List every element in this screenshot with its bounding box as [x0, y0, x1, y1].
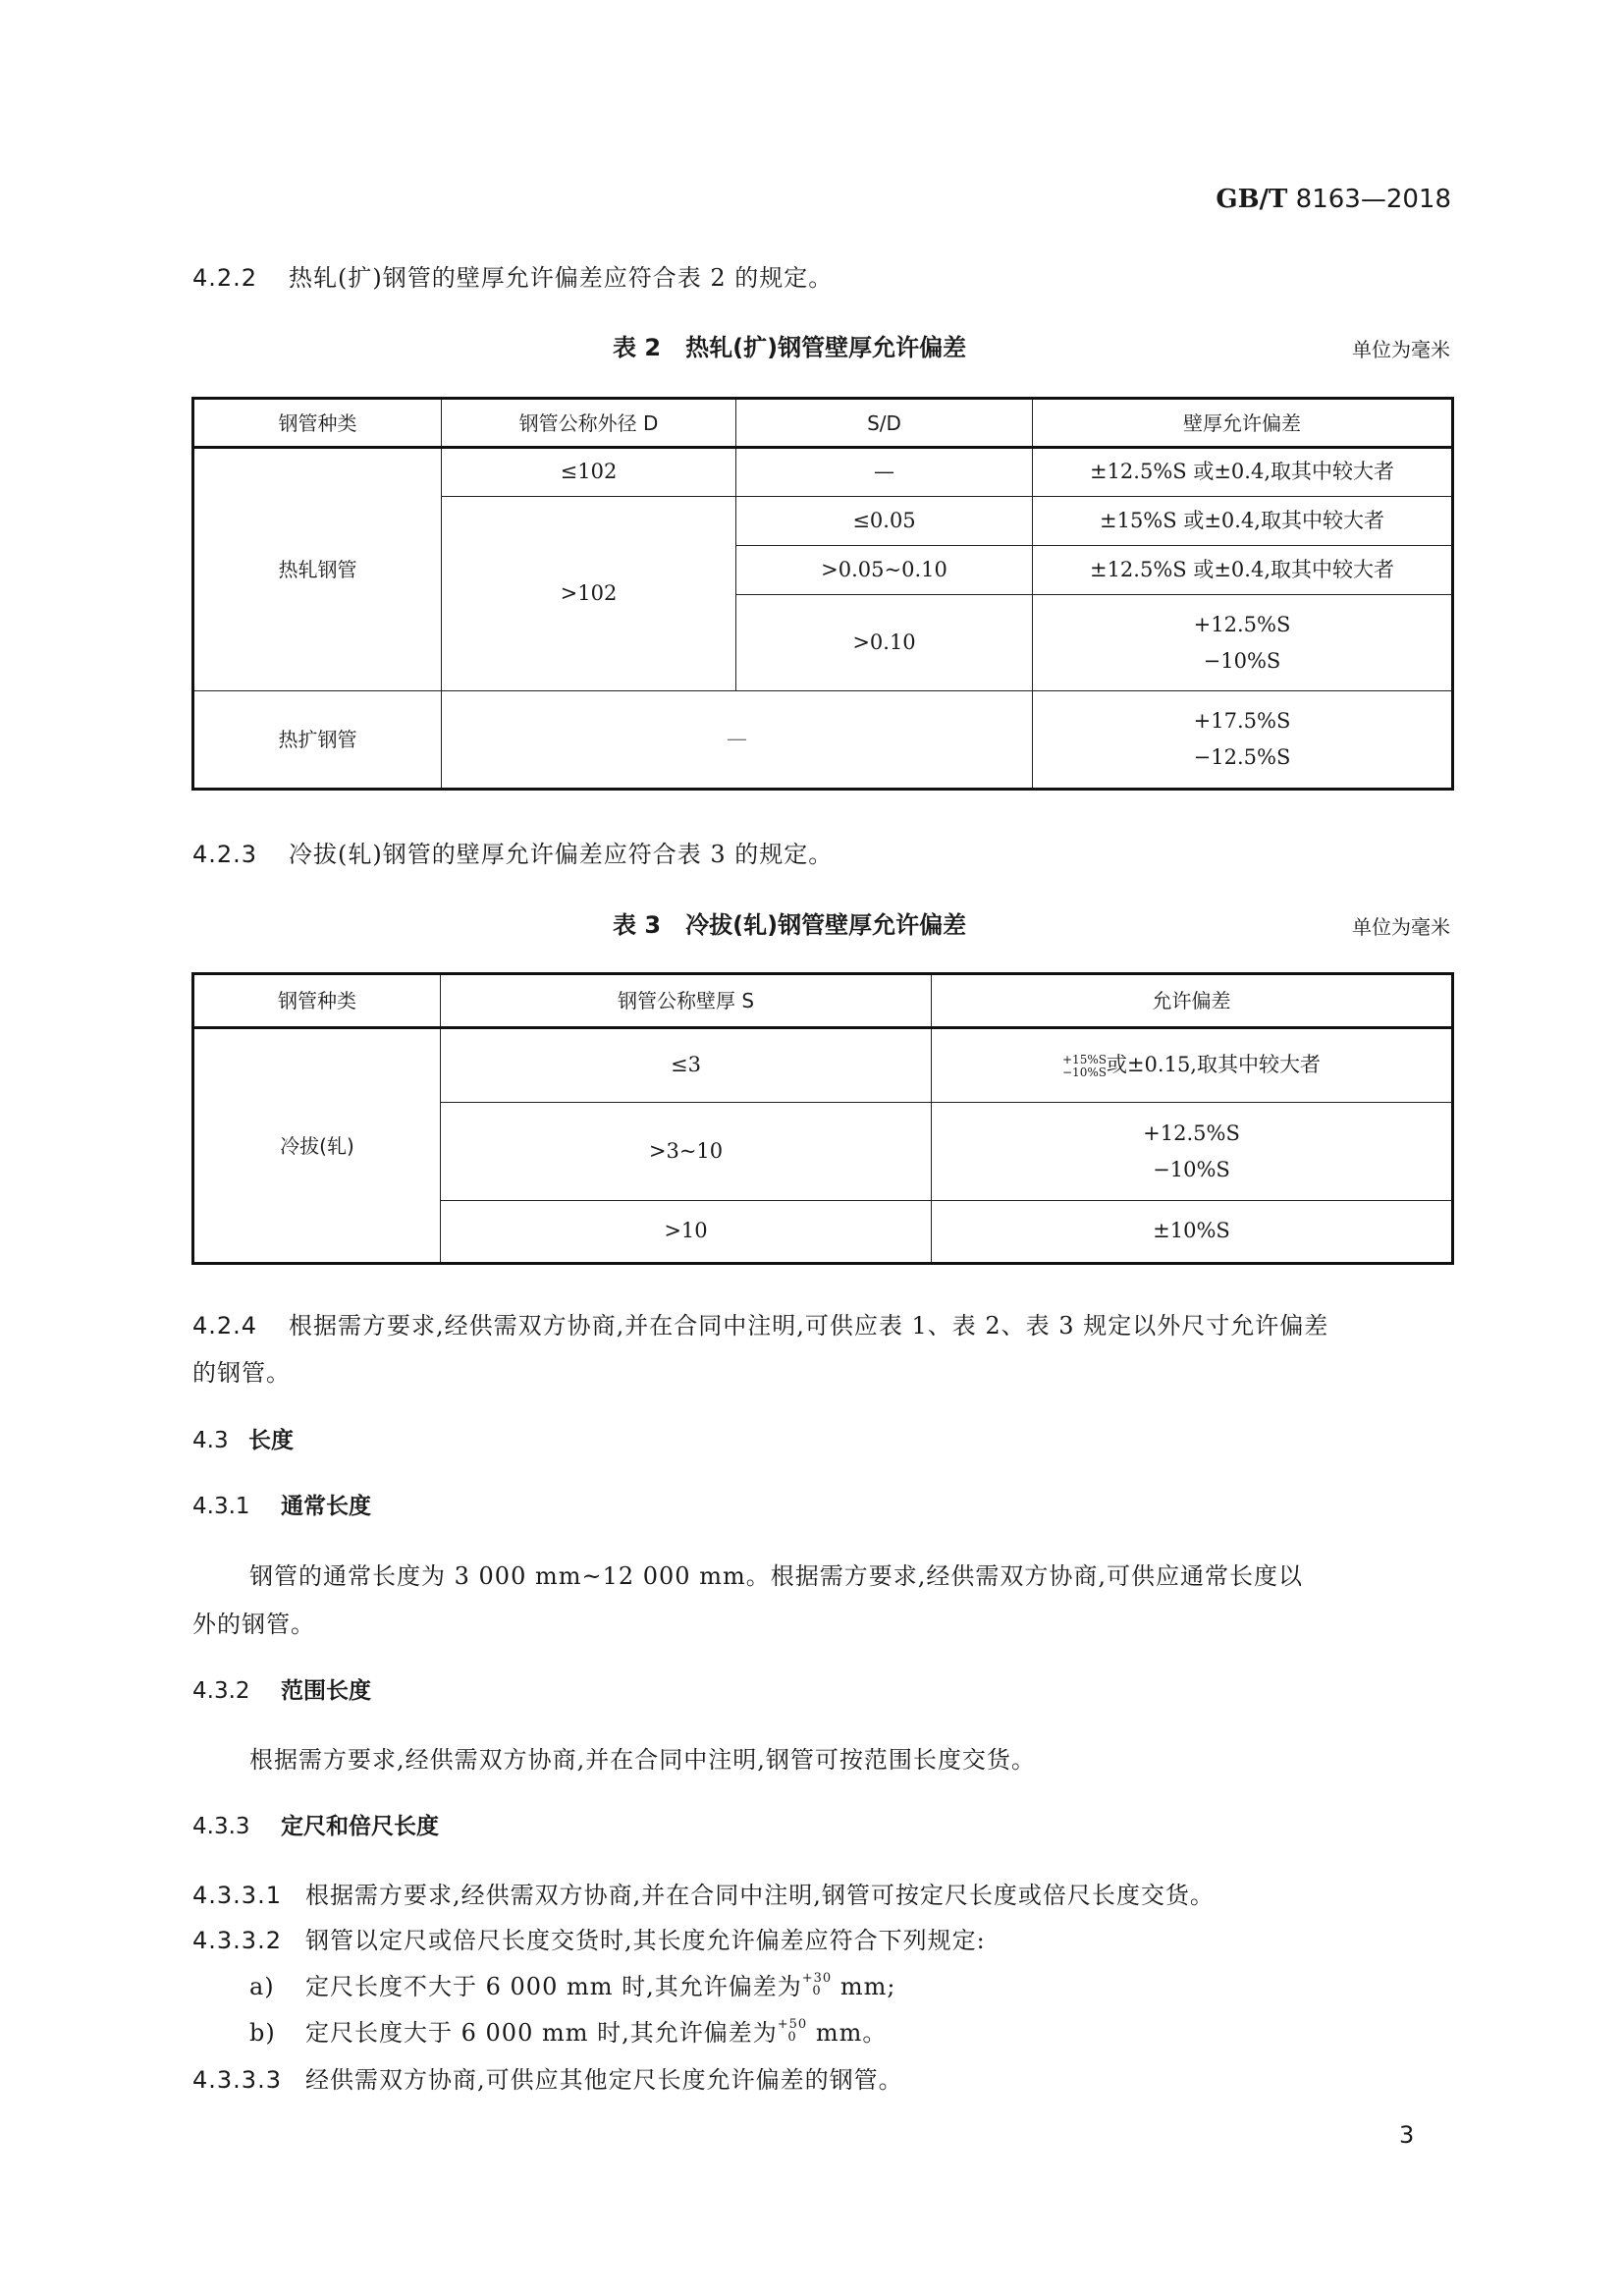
list-suffix: mm。	[816, 2019, 888, 2047]
tolerance-cell: ±15%S 或±0.4,取其中较大者	[1033, 497, 1453, 546]
clause-4-3-2-heading: 4.3.2范围长度	[192, 1672, 371, 1705]
tolerance-limits: +500	[778, 2018, 807, 2044]
standard-number: 8163—2018	[1296, 185, 1451, 214]
tolerance-rest: 或±0.15,取其中较大者	[1107, 1053, 1321, 1076]
od-cell: ≤102	[442, 448, 736, 497]
list-label: a)	[249, 1973, 305, 2000]
clause-number: 4.3.1	[192, 1494, 281, 1519]
clause-4-3-3-3: 4.3.3.3经供需双方协商,可供应其他定尺长度允许偏差的钢管。	[192, 2060, 903, 2095]
table3-title: 冷拔(轧)钢管壁厚允许偏差	[685, 911, 966, 939]
tolerance-cell: +15%S −10%S 或±0.15,取其中较大者	[932, 1028, 1453, 1103]
clause-4-2-2: 4.2.2热轧(扩)钢管的壁厚允许偏差应符合表 2 的规定。	[192, 258, 833, 293]
clause-text: 根据需方要求,经供需双方协商,并在合同中注明,可供应表 1、表 2、表 3 规定…	[289, 1312, 1328, 1339]
list-item-a: a)定尺长度不大于 6 000 mm 时,其允许偏差为+300 mm;	[249, 1967, 895, 2001]
clause-number: 4.2.4	[192, 1312, 289, 1339]
clause-text: 冷拔(轧)钢管的壁厚允许偏差应符合表 3 的规定。	[289, 841, 833, 868]
standard-code: GB/T 8163—2018	[1216, 185, 1451, 214]
table2-number: 表 2	[613, 334, 661, 361]
tolerance-upper: +12.5%S	[1033, 607, 1451, 643]
table3-header: 允许偏差	[932, 974, 1453, 1028]
tolerance-cell: +12.5%S −10%S	[932, 1103, 1453, 1201]
clause-number: 4.2.2	[192, 264, 289, 292]
clause-title: 范围长度	[281, 1678, 371, 1704]
clause-4-2-3: 4.2.3冷拔(轧)钢管的壁厚允许偏差应符合表 3 的规定。	[192, 835, 833, 869]
tolerance-cell: ±12.5%S 或±0.4,取其中较大者	[1033, 546, 1453, 595]
tolerance-upper: +15%S	[1062, 1054, 1107, 1066]
clause-title: 定尺和倍尺长度	[281, 1814, 439, 1839]
clause-4-2-4-cont: 的钢管。	[192, 1353, 291, 1388]
clause-text: 钢管以定尺或倍尺长度交货时,其长度允许偏差应符合下列规定:	[305, 1927, 986, 1954]
standard-prefix: GB/T	[1216, 185, 1287, 214]
clause-4-2-4: 4.2.4根据需方要求,经供需双方协商,并在合同中注明,可供应表 1、表 2、表…	[192, 1306, 1328, 1340]
table2-header: 钢管公称外径 D	[442, 399, 736, 448]
lower-limit: 0	[802, 1985, 832, 1997]
pipe-type-cell: 冷拔(轧)	[193, 1028, 441, 1264]
section-number: 4.3	[192, 1428, 248, 1453]
od-cell: >102	[442, 497, 736, 691]
table3: 钢管种类 钢管公称壁厚 S 允许偏差 冷拔(轧) ≤3 +15%S −10%S …	[191, 972, 1454, 1265]
clause-number: 4.3.3.3	[192, 2066, 305, 2094]
clause-text: 根据需方要求,经供需双方协商,并在合同中注明,钢管可按定尺长度或倍尺长度交货。	[305, 1882, 1215, 1909]
page-number: 3	[1399, 2121, 1414, 2149]
wall-cell: >3~10	[441, 1103, 932, 1201]
lower-limit: 0	[778, 2031, 807, 2044]
wall-cell: ≤3	[441, 1028, 932, 1103]
tolerance-cell: ±12.5%S 或±0.4,取其中较大者	[1033, 448, 1453, 497]
tolerance-cell: +17.5%S −12.5%S	[1033, 691, 1453, 790]
upper-limit: +50	[778, 2018, 807, 2031]
table-row: 热轧钢管 ≤102 — ±12.5%S 或±0.4,取其中较大者	[193, 448, 1453, 497]
table-row: 热扩钢管 — +17.5%S −12.5%S	[193, 691, 1453, 790]
tolerance-upper: +17.5%S	[1033, 703, 1451, 739]
tolerance-cell: +12.5%S −10%S	[1033, 595, 1453, 691]
table3-caption: 表 3 冷拔(轧)钢管壁厚允许偏差	[613, 905, 966, 940]
tolerance-stacked: +15%S −10%S	[1062, 1054, 1107, 1078]
clause-text: 经供需双方协商,可供应其他定尺长度允许偏差的钢管。	[305, 2066, 903, 2094]
tolerance-cell: ±10%S	[932, 1201, 1453, 1264]
tolerance-lower: −10%S	[1033, 643, 1451, 680]
clause-text: 热轧(扩)钢管的壁厚允许偏差应符合表 2 的规定。	[289, 264, 833, 292]
clause-number: 4.3.3.2	[192, 1927, 305, 1954]
table3-header: 钢管种类	[193, 974, 441, 1028]
table2-header: S/D	[736, 399, 1033, 448]
tolerance-lower: −12.5%S	[1033, 739, 1451, 776]
tolerance-limits: +300	[802, 1972, 832, 1997]
wall-cell: >10	[441, 1201, 932, 1264]
clause-title: 通常长度	[281, 1494, 371, 1519]
clause-4-3-3-1: 4.3.3.1根据需方要求,经供需双方协商,并在合同中注明,钢管可按定尺长度或倍…	[192, 1876, 1215, 1910]
clause-4-3-1-text: 钢管的通常长度为 3 000 mm~12 000 mm。根据需方要求,经供需双方…	[249, 1557, 1303, 1591]
list-suffix: mm;	[840, 1973, 896, 2000]
pipe-type-cell: 热扩钢管	[193, 691, 442, 790]
list-label: b)	[249, 2019, 305, 2047]
tolerance-lower: −10%S	[1062, 1066, 1107, 1079]
sd-cell: >0.05~0.10	[736, 546, 1033, 595]
sd-cell: >0.10	[736, 595, 1033, 691]
table3-number: 表 3	[613, 911, 661, 939]
table2-unit: 单位为毫米	[1352, 334, 1450, 362]
clause-number: 4.3.3	[192, 1814, 281, 1839]
sd-cell: —	[736, 448, 1033, 497]
clause-4-3-2-text: 根据需方要求,经供需双方协商,并在合同中注明,钢管可按范围长度交货。	[249, 1740, 1036, 1775]
pipe-type-cell: 热轧钢管	[193, 448, 442, 691]
table-row: 冷拔(轧) ≤3 +15%S −10%S 或±0.15,取其中较大者	[193, 1028, 1453, 1103]
upper-limit: +30	[802, 1972, 832, 1985]
clause-4-3-3-heading: 4.3.3定尺和倍尺长度	[192, 1808, 439, 1840]
table2-header: 壁厚允许偏差	[1033, 399, 1453, 448]
clause-4-3-1-heading: 4.3.1通常长度	[192, 1488, 371, 1520]
table3-header: 钢管公称壁厚 S	[441, 974, 932, 1028]
clause-4-3-1-text-cont: 外的钢管。	[192, 1605, 315, 1639]
tolerance-lower: −10%S	[932, 1152, 1451, 1188]
table3-unit: 单位为毫米	[1352, 911, 1450, 940]
clause-number: 4.3.2	[192, 1678, 281, 1704]
sd-cell: ≤0.05	[736, 497, 1033, 546]
od-sd-cell: —	[442, 691, 1033, 790]
table2-title: 热轧(扩)钢管壁厚允许偏差	[685, 334, 966, 361]
list-text: 定尺长度大于 6 000 mm 时,其允许偏差为	[305, 2019, 778, 2047]
table2-header: 钢管种类	[193, 399, 442, 448]
tolerance-upper: +12.5%S	[932, 1116, 1451, 1152]
list-item-b: b)定尺长度大于 6 000 mm 时,其允许偏差为+500 mm。	[249, 2013, 887, 2048]
clause-number: 4.3.3.1	[192, 1882, 305, 1909]
clause-number: 4.2.3	[192, 841, 289, 868]
list-text: 定尺长度不大于 6 000 mm 时,其允许偏差为	[305, 1973, 802, 2000]
clause-4-3-3-2: 4.3.3.2钢管以定尺或倍尺长度交货时,其长度允许偏差应符合下列规定:	[192, 1921, 986, 1955]
section-4-3-heading: 4.3长度	[192, 1422, 294, 1454]
table2-caption: 表 2 热轧(扩)钢管壁厚允许偏差	[613, 328, 966, 362]
section-title: 长度	[248, 1428, 294, 1453]
table2: 钢管种类 钢管公称外径 D S/D 壁厚允许偏差 热轧钢管 ≤102 — ±12…	[191, 397, 1454, 791]
